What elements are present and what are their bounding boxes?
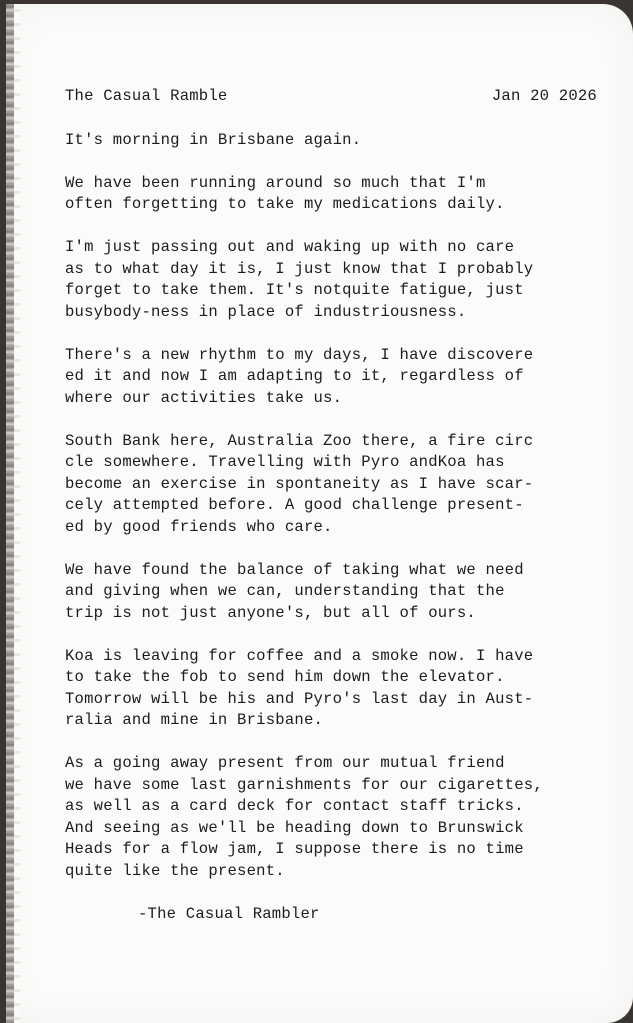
paragraph-4: There's a new rhythm to my days, I have …	[65, 345, 605, 410]
page-header: The Casual Ramble Jan 20 2026	[65, 86, 605, 108]
signature: -The Casual Rambler	[138, 904, 605, 926]
paragraph-6: We have found the balance of taking what…	[65, 560, 605, 625]
document-date: Jan 20 2026	[492, 86, 597, 108]
paragraph-1: It's morning in Brisbane again.	[65, 130, 605, 152]
torn-paper-edge	[6, 4, 18, 1023]
document-title: The Casual Ramble	[65, 86, 227, 108]
paragraph-2: We have been running around so much that…	[65, 173, 605, 216]
paragraph-8: As a going away present from our mutual …	[65, 753, 605, 882]
paragraph-7: Koa is leaving for coffee and a smoke no…	[65, 646, 605, 732]
typewritten-page: The Casual Ramble Jan 20 2026 It's morni…	[65, 86, 605, 947]
paragraph-5: South Bank here, Australia Zoo there, a …	[65, 431, 605, 539]
paragraph-3: I'm just passing out and waking up with …	[65, 237, 605, 323]
